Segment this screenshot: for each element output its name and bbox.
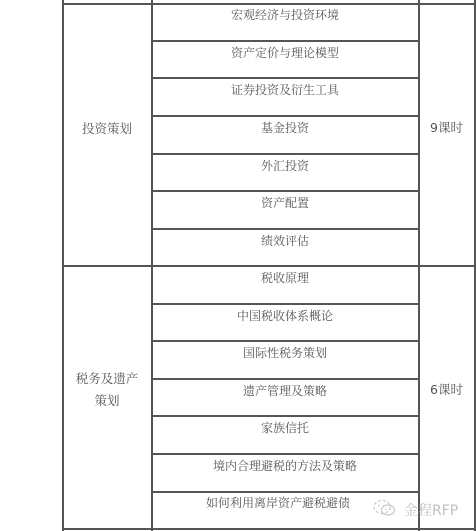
row-separator — [151, 40, 419, 42]
row-separator — [151, 115, 419, 117]
module-investment-planning: 投资策划 — [63, 118, 151, 140]
topic-cell: 绩效评估 — [152, 232, 418, 250]
topic-cell: 中国税收体系概论 — [152, 307, 418, 325]
row-separator — [151, 453, 419, 455]
row-separator — [151, 228, 419, 230]
topic-cell: 证券投资及衍生工具 — [152, 81, 418, 99]
topic-cell: 税收原理 — [152, 269, 418, 287]
module-tax-estate-planning: 税务及遗产 策划 — [63, 368, 151, 412]
table-bottom-border — [62, 528, 475, 530]
wechat-icon — [372, 498, 404, 522]
topic-cell: 家族信托 — [152, 419, 418, 437]
topic-cell: 资产配置 — [152, 194, 418, 212]
topic-cell: 境内合理避税的方法及策略 — [152, 457, 418, 475]
watermark-text: 金程RFP — [404, 500, 458, 520]
module-label-line1: 税务及遗产 — [63, 368, 151, 390]
row-separator — [151, 491, 419, 493]
group-separator — [62, 265, 475, 267]
module-label-line2: 策划 — [63, 390, 151, 412]
topic-cell: 遗产管理及策略 — [152, 382, 418, 400]
row-separator — [151, 77, 419, 79]
row-separator — [151, 378, 419, 380]
row-separator — [151, 190, 419, 192]
table-top-border — [62, 3, 475, 5]
row-separator — [151, 303, 419, 305]
topic-cell: 宏观经济与投资环境 — [152, 6, 418, 24]
topic-cell: 外汇投资 — [152, 157, 418, 175]
row-separator — [151, 153, 419, 155]
hours-tax-estate-planning: 6课时 — [419, 381, 474, 399]
hours-investment-planning: 9课时 — [419, 119, 474, 137]
row-separator — [151, 415, 419, 417]
row-separator — [151, 340, 419, 342]
topic-cell: 基金投资 — [152, 119, 418, 137]
topic-cell: 资产定价与理论模型 — [152, 44, 418, 62]
topic-cell: 国际性税务策划 — [152, 344, 418, 362]
watermark: 金程RFP — [372, 498, 458, 522]
